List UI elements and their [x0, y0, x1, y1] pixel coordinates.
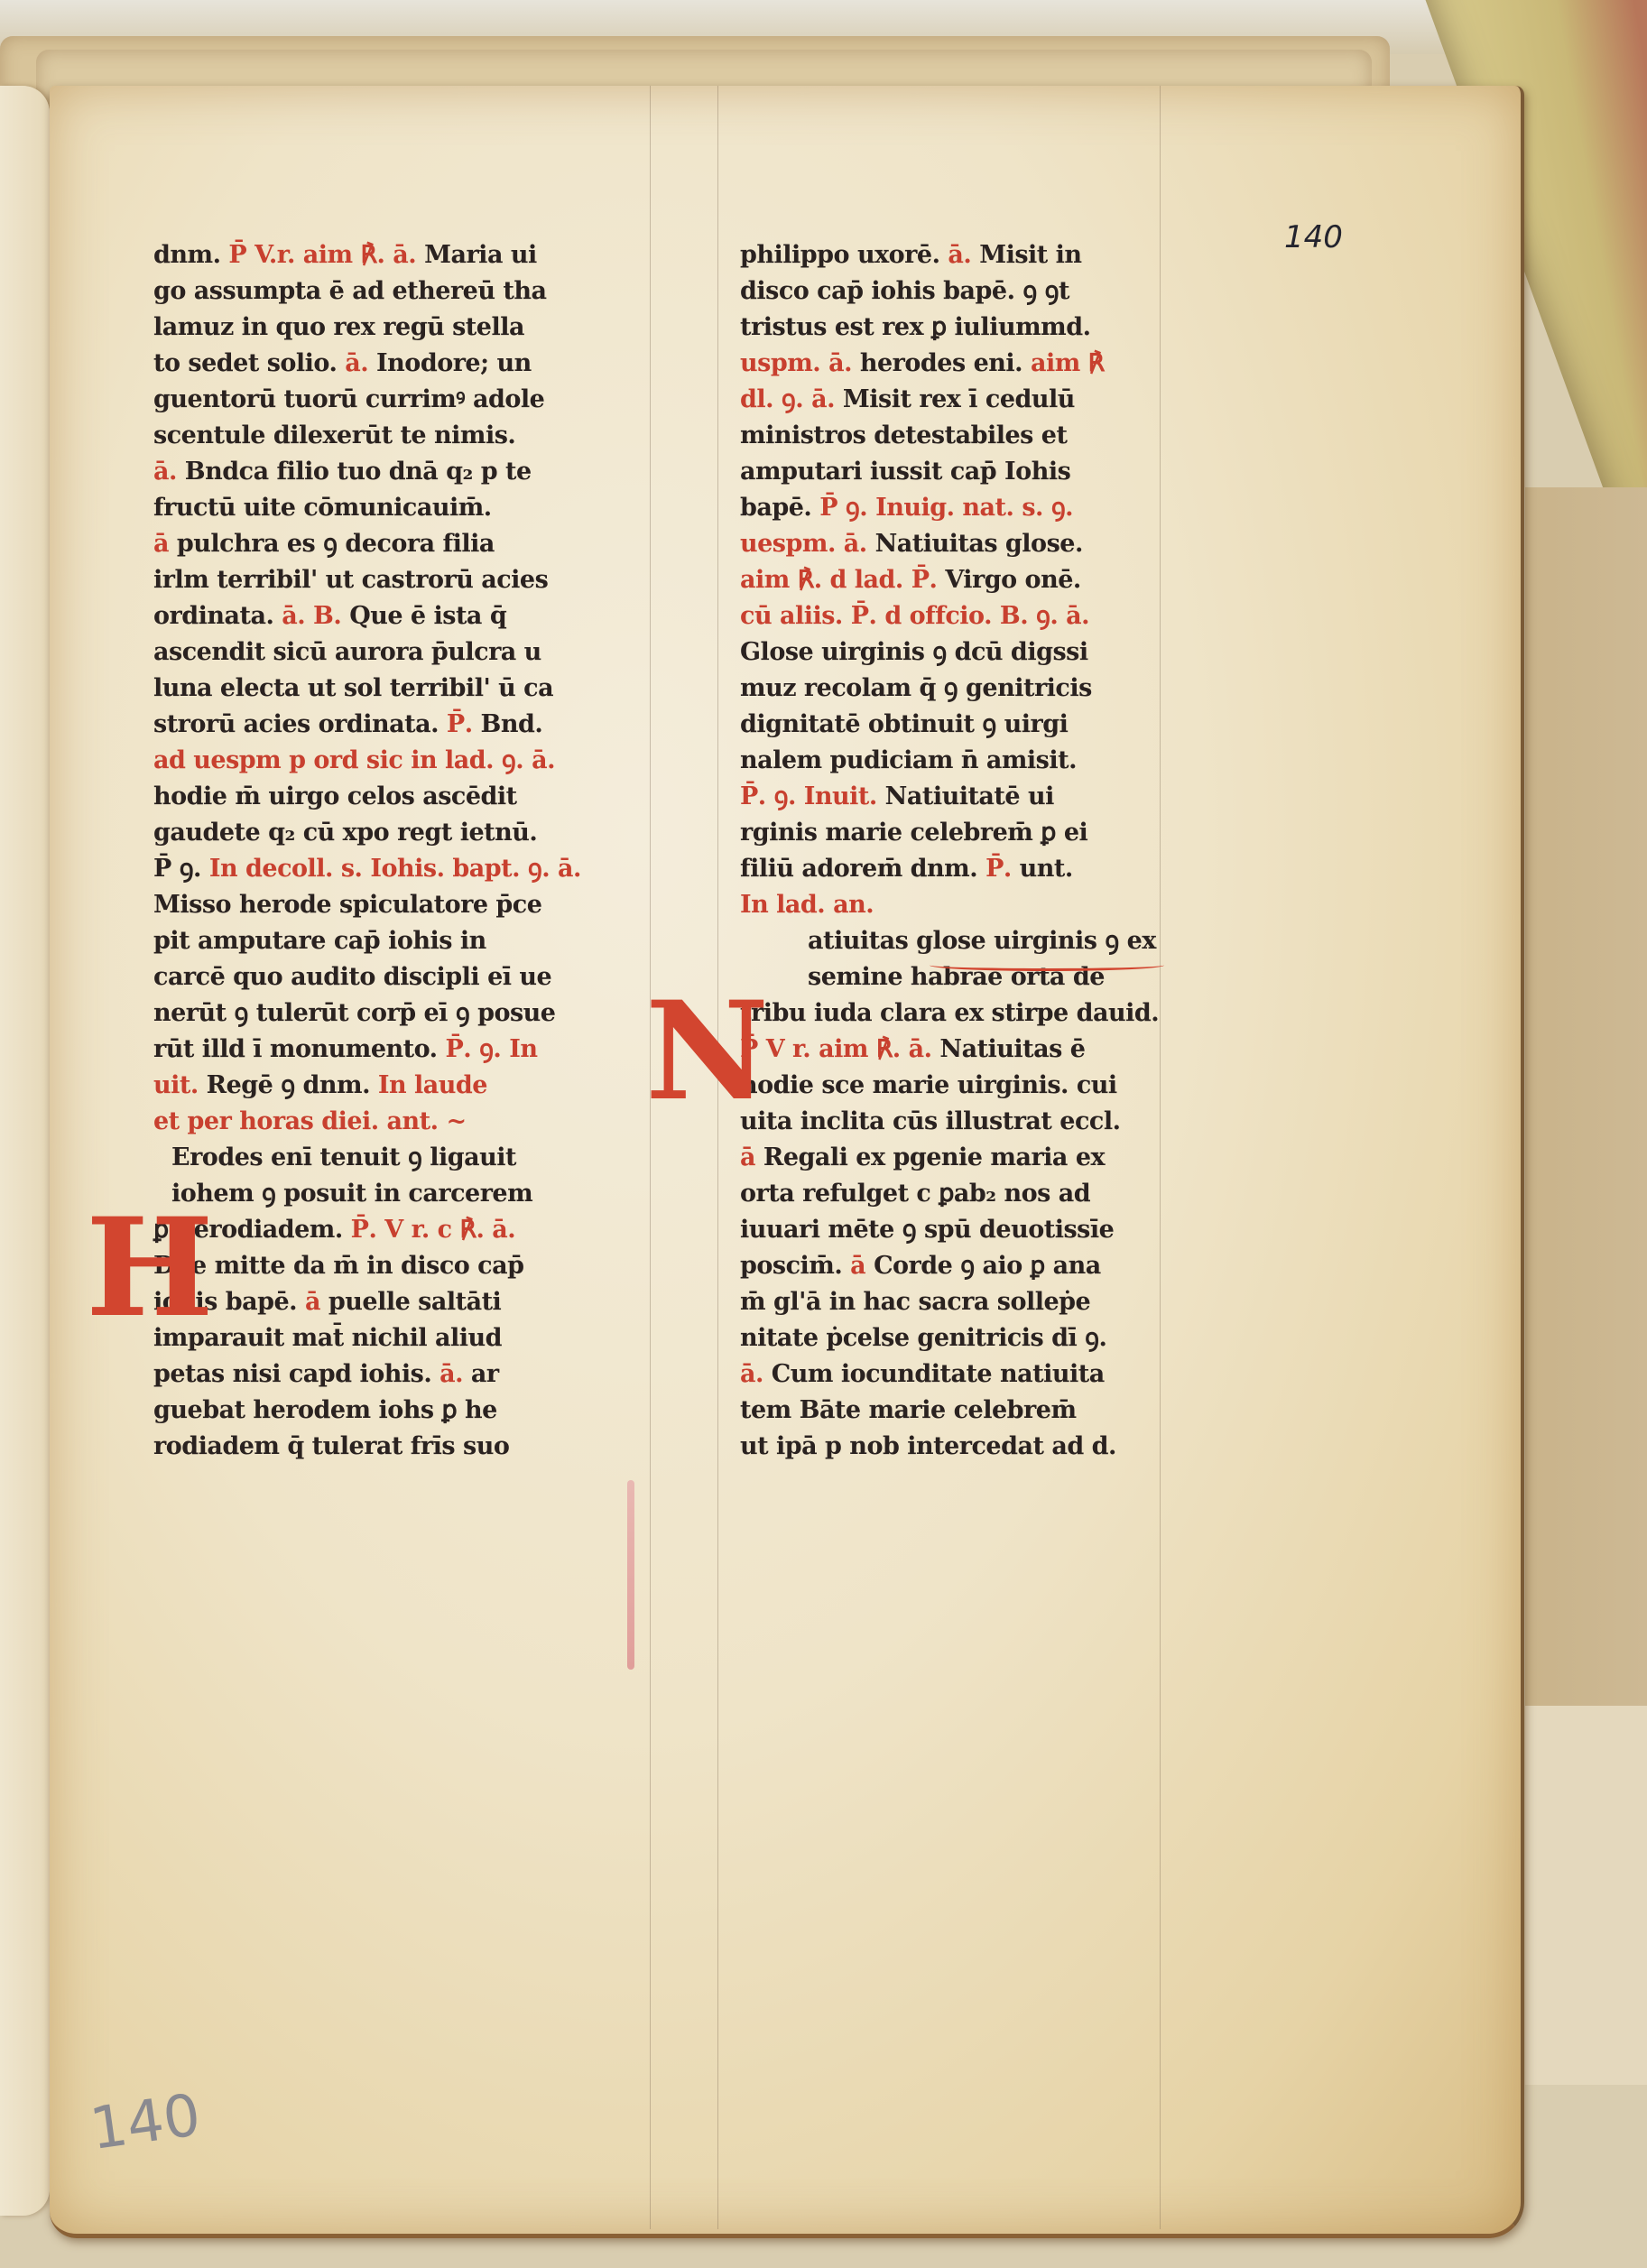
body-text: ut ipā p nob intercedat ad d.: [740, 1432, 1116, 1460]
text-line: rūt illd ī monumento. P̄. ꝯ. In: [153, 1032, 581, 1068]
text-line: carcē quo audito discipli eī ue: [153, 959, 581, 995]
body-text: Regē ꝯ dnm.: [207, 1071, 378, 1099]
rubric-text: cū aliis. P̄. d offcio. B. ꝯ. ā.: [740, 602, 1089, 630]
body-text: herodes eni.: [860, 349, 1031, 377]
body-text: fructū uite cōmunicauim̄.: [153, 494, 492, 522]
text-line: iohis bapē. ā puelle saltāti: [153, 1284, 581, 1320]
body-text: irlm terribil' ut castrorū acies: [153, 566, 548, 594]
body-text: m̄ gl'ā in hac sacra solleṗe: [740, 1288, 1090, 1316]
text-line: uspm. ā. herodes eni. aim ℟: [740, 346, 1159, 382]
body-text: Corde ꝯ aio ꝑ ana: [874, 1252, 1101, 1280]
body-text: luna electa ut sol terribil' ū ca: [153, 674, 553, 702]
body-text: rūt illd ī monumento.: [153, 1035, 445, 1063]
text-line: uit. Regē ꝯ dnm. In laude: [153, 1068, 581, 1104]
text-line: guebat herodem iohs ꝑ he: [153, 1393, 581, 1429]
body-text: Bnd.: [481, 710, 543, 738]
ruling-line: [1160, 86, 1161, 2229]
rubric-text: aim ℟: [1031, 349, 1105, 377]
body-text: ordinata.: [153, 602, 282, 630]
decorated-initial-h: H: [86, 1200, 214, 1336]
rubric-text: P̄. V r. c ℟. ā.: [351, 1216, 516, 1244]
text-line: hodie sce marie uirginis. cui: [740, 1068, 1159, 1104]
body-text: iohem ꝯ posuit in carcerem: [171, 1180, 532, 1208]
right-text-column: philippo uxorē. ā. Misit indisco cap̄ io…: [740, 237, 1159, 1465]
rubric-text: P̄ V r. aim ℟. ā.: [740, 1035, 939, 1063]
text-line: go assumpta ē ad ethereū tha: [153, 273, 581, 310]
rubric-text: ā: [740, 1143, 763, 1171]
body-text: uita inclita cūs illustrat eccl.: [740, 1107, 1121, 1135]
body-text: tristus est rex ꝑ iuliummd.: [740, 313, 1091, 341]
rubric-text: In lad. an.: [740, 891, 874, 919]
body-text: Misso herode spiculatore p̄ce: [153, 891, 541, 919]
body-text: muz recolam q̄ ꝯ genitricis: [740, 674, 1092, 702]
text-line: Erodes enī tenuit ꝯ ligauit: [153, 1140, 581, 1176]
text-line: orta refulget c ꝑab₂ nos ad: [740, 1176, 1159, 1212]
body-text: dnm.: [153, 241, 228, 269]
body-text: Regali ex pgenie maria ex: [763, 1143, 1105, 1171]
text-line: nitate ṗcelse genitricis dī ꝯ.: [740, 1320, 1159, 1356]
text-line: petas nisi capd iohis. ā. ar: [153, 1356, 581, 1393]
text-line: muz recolam q̄ ꝯ genitricis: [740, 671, 1159, 707]
text-line: dignitatē obtinuit ꝯ uirgi: [740, 707, 1159, 743]
text-line: ascendit sicū aurora p̄ulcra u: [153, 634, 581, 671]
body-text: hodie m̄ uirgo celos ascēdit: [153, 782, 517, 810]
rubric-text: ā: [305, 1288, 328, 1316]
body-text: ar: [471, 1360, 499, 1388]
pencil-folio-number: 140: [86, 2082, 204, 2163]
body-text: tribu iuda clara ex stirpe dauid.: [740, 999, 1159, 1027]
text-line: et per horas diei. ant. ~: [153, 1104, 581, 1140]
text-line: Glose uirginis ꝯ dcū digssi: [740, 634, 1159, 671]
text-line: lamuz in quo rex regū stella: [153, 310, 581, 346]
rubric-text: ā.: [153, 458, 185, 486]
text-line: uespm. ā. Natiuitas glose.: [740, 526, 1159, 562]
body-text: hodie sce marie uirginis. cui: [740, 1071, 1117, 1099]
adjacent-leaf-edge: [1525, 487, 1647, 1706]
text-line: iuuari mēte ꝯ spū deuotissīe: [740, 1212, 1159, 1248]
text-line: ā Regali ex pgenie maria ex: [740, 1140, 1159, 1176]
text-line: philippo uxorē. ā. Misit in: [740, 237, 1159, 273]
text-line: atiuitas glose uirginis ꝯ ex: [740, 923, 1159, 959]
rubric-text: In decoll. s. Iohis. bapt. ꝯ. ā.: [209, 855, 581, 883]
body-text: ascendit sicū aurora p̄ulcra u: [153, 638, 541, 666]
body-text: dignitatē obtinuit ꝯ uirgi: [740, 710, 1068, 738]
left-text-column: dnm. P̄ V.r. aim ℟. ā. Maria uigo assump…: [153, 237, 581, 1465]
body-text: orta refulget c ꝑab₂ nos ad: [740, 1180, 1090, 1208]
ruling-line: [650, 86, 651, 2229]
rubric-text: uspm. ā.: [740, 349, 860, 377]
body-text: disco cap̄ iohis bapē. ꝯ ꝯt: [740, 277, 1069, 305]
red-ink-stain: [627, 1480, 634, 1670]
body-text: Maria ui: [424, 241, 537, 269]
text-line: to sedet solio. ā. Inodore; un: [153, 346, 581, 382]
rubric-text: et per horas diei. ant. ~: [153, 1107, 467, 1135]
rubric-text: P̄. ꝯ. In: [445, 1035, 537, 1063]
body-text: guebat herodem iohs ꝑ he: [153, 1396, 497, 1424]
rubric-text: ā.: [948, 241, 979, 269]
rubric-text: ā.: [345, 349, 376, 377]
text-line: strorū acies ordinata. P̄. Bnd.: [153, 707, 581, 743]
text-line: P̄. ꝯ. Inuit. Natiuitatē ui: [740, 779, 1159, 815]
text-line: ad uespm p ord sic in lad. ꝯ. ā.: [153, 743, 581, 779]
body-text: ministros detestabiles et: [740, 421, 1067, 449]
body-text: petas nisi capd iohis.: [153, 1360, 440, 1388]
folio-number: 140: [1284, 219, 1343, 255]
body-text: amputari iussit cap̄ Iohis: [740, 458, 1070, 486]
decorated-initial-n: N: [645, 984, 769, 1119]
text-line: tribu iuda clara ex stirpe dauid.: [740, 995, 1159, 1032]
text-line: pit amputare cap̄ iohis in: [153, 923, 581, 959]
text-line: ā. Cum iocunditate natiuita: [740, 1356, 1159, 1393]
text-line: nalem pudiciam n̄ amisit.: [740, 743, 1159, 779]
rubric-text: uit.: [153, 1071, 207, 1099]
text-line: ā pulchra es ꝯ decora filia: [153, 526, 581, 562]
text-line: uita inclita cūs illustrat eccl.: [740, 1104, 1159, 1140]
text-line: tem Bāte marie celebrem̄: [740, 1393, 1159, 1429]
body-text: iuuari mēte ꝯ spū deuotissīe: [740, 1216, 1114, 1244]
body-text: Natiuitas glose.: [875, 530, 1083, 558]
rubric-text: aim ℟. ā.: [303, 241, 424, 269]
body-text: philippo uxorē.: [740, 241, 948, 269]
red-line-filler: [930, 959, 1164, 971]
rubric-text: ā.: [740, 1360, 772, 1388]
text-line: disco cap̄ iohis bapē. ꝯ ꝯt: [740, 273, 1159, 310]
rubric-text: ad uespm p ord sic in lad. ꝯ. ā.: [153, 746, 555, 774]
text-line: m̄ gl'ā in hac sacra solleṗe: [740, 1284, 1159, 1320]
body-text: Que ē ista q̄: [349, 602, 506, 630]
body-text: rginis marie celebrem̄ ꝑ ei: [740, 819, 1087, 847]
body-text: filiū adorem̄ dnm.: [740, 855, 985, 883]
text-line: imparauit mat̄ nichil aliud: [153, 1320, 581, 1356]
rubric-text: ā.: [440, 1360, 471, 1388]
text-line: dnm. P̄ V.r. aim ℟. ā. Maria ui: [153, 237, 581, 273]
text-line: irlm terribil' ut castrorū acies: [153, 562, 581, 598]
text-line: In lad. an.: [740, 887, 1159, 923]
body-text: go assumpta ē ad ethereū tha: [153, 277, 546, 305]
rubric-text: In laude: [378, 1071, 487, 1099]
body-text: poscim̄.: [740, 1252, 850, 1280]
text-line: ut ipā p nob intercedat ad d.: [740, 1429, 1159, 1465]
text-line: ordinata. ā. B. Que ē ista q̄: [153, 598, 581, 634]
body-text: Misit in: [979, 241, 1081, 269]
text-line: tristus est rex ꝑ iuliummd.: [740, 310, 1159, 346]
text-line: P̄ V r. aim ℟. ā. Natiuitas ē: [740, 1032, 1159, 1068]
body-text: carcē quo audito discipli eī ue: [153, 963, 551, 991]
body-text: lamuz in quo rex regū stella: [153, 313, 524, 341]
body-text: nalem pudiciam n̄ amisit.: [740, 746, 1077, 774]
body-text: Cum iocunditate natiuita: [772, 1360, 1105, 1388]
rubric-text: P̄ ꝯ.: [819, 494, 875, 522]
text-line: rodiadem q̄ tulerat frīs suo: [153, 1429, 581, 1465]
text-line: P̄ ꝯ. In decoll. s. Iohis. bapt. ꝯ. ā.: [153, 851, 581, 887]
text-line: iohem ꝯ posuit in carcerem: [153, 1176, 581, 1212]
adjacent-leaf-edge-lower: [1525, 1706, 1647, 2085]
body-text: bapē.: [740, 494, 819, 522]
text-line: scentule dilexerūt te nimis.: [153, 418, 581, 454]
body-text: pulchra es ꝯ decora filia: [177, 530, 495, 558]
rubric-text: ā: [850, 1252, 874, 1280]
rubric-text: ā: [153, 530, 177, 558]
body-text: to sedet solio.: [153, 349, 345, 377]
body-text: Glose uirginis ꝯ dcū digssi: [740, 638, 1088, 666]
text-line: bapē. P̄ ꝯ. Inuig. nat. s. ꝯ.: [740, 490, 1159, 526]
body-text: Natiuitatē ui: [885, 782, 1054, 810]
text-line: rginis marie celebrem̄ ꝑ ei: [740, 815, 1159, 851]
rubric-text: P̄. ꝯ. Inuit.: [740, 782, 885, 810]
rubric-text: P̄.: [985, 855, 1020, 883]
rubric-text: Inuig. nat. s. ꝯ.: [875, 494, 1073, 522]
rubric-text: P̄ V.r.: [228, 241, 302, 269]
body-text: Misit rex ī cedulū: [843, 385, 1075, 413]
body-text: Erodes enī tenuit ꝯ ligauit: [171, 1143, 516, 1171]
body-text: guentorū tuorū currimꝰ adole: [153, 385, 544, 413]
body-text: rodiadem q̄ tulerat frīs suo: [153, 1432, 509, 1460]
text-line: ꝑ herodiadem. P̄. V r. c ℟. ā.: [153, 1212, 581, 1248]
rubric-text: dl. ꝯ. ā.: [740, 385, 843, 413]
text-line: Dne mitte da m̄ in disco cap̄: [153, 1248, 581, 1284]
text-line: Misso herode spiculatore p̄ce: [153, 887, 581, 923]
text-line: luna electa ut sol terribil' ū ca: [153, 671, 581, 707]
body-text: gaudete q₂ cū xpo regt ietnū.: [153, 819, 537, 847]
text-line: ministros detestabiles et: [740, 418, 1159, 454]
body-text: nerūt ꝯ tulerūt corp̄ eī ꝯ posue: [153, 999, 555, 1027]
body-text: atiuitas glose uirginis ꝯ ex: [808, 927, 1156, 955]
text-line: amputari iussit cap̄ Iohis: [740, 454, 1159, 490]
body-text: tem Bāte marie celebrem̄: [740, 1396, 1077, 1424]
text-line: filiū adorem̄ dnm. P̄. unt.: [740, 851, 1159, 887]
text-line: ā. Bndca filio tuo dnā q₂ p te: [153, 454, 581, 490]
text-line: cū aliis. P̄. d offcio. B. ꝯ. ā.: [740, 598, 1159, 634]
body-text: puelle saltāti: [328, 1288, 501, 1316]
rubric-text: uespm. ā.: [740, 530, 875, 558]
text-line: guentorū tuorū currimꝰ adole: [153, 382, 581, 418]
facing-page-edge: [0, 86, 50, 2216]
body-text: Inodore; un: [376, 349, 532, 377]
text-line: hodie m̄ uirgo celos ascēdit: [153, 779, 581, 815]
text-line: aim ℟. d lad. P̄. Virgo onē.: [740, 562, 1159, 598]
body-text: pit amputare cap̄ iohis in: [153, 927, 486, 955]
body-text: strorū acies ordinata.: [153, 710, 447, 738]
text-line: dl. ꝯ. ā. Misit rex ī cedulū: [740, 382, 1159, 418]
rubric-text: P̄.: [447, 710, 481, 738]
manuscript-page: 140 140 dnm. P̄ V.r. aim ℟. ā. Maria uig…: [50, 86, 1524, 2238]
body-text: Bndca filio tuo dnā q₂ p te: [185, 458, 532, 486]
body-text: Natiuitas ē: [939, 1035, 1085, 1063]
rubric-text: ā. B.: [282, 602, 349, 630]
text-line: poscim̄. ā Corde ꝯ aio ꝑ ana: [740, 1248, 1159, 1284]
text-line: nerūt ꝯ tulerūt corp̄ eī ꝯ posue: [153, 995, 581, 1032]
body-text: unt.: [1020, 855, 1073, 883]
body-text: P̄ ꝯ.: [153, 855, 209, 883]
body-text: scentule dilexerūt te nimis.: [153, 421, 515, 449]
text-line: fructū uite cōmunicauim̄.: [153, 490, 581, 526]
text-line: gaudete q₂ cū xpo regt ietnū.: [153, 815, 581, 851]
body-text: nitate ṗcelse genitricis dī ꝯ.: [740, 1324, 1106, 1352]
rubric-text: aim ℟. d lad. P̄.: [740, 566, 945, 594]
ruling-line: [717, 86, 718, 2229]
body-text: Virgo onē.: [945, 566, 1080, 594]
